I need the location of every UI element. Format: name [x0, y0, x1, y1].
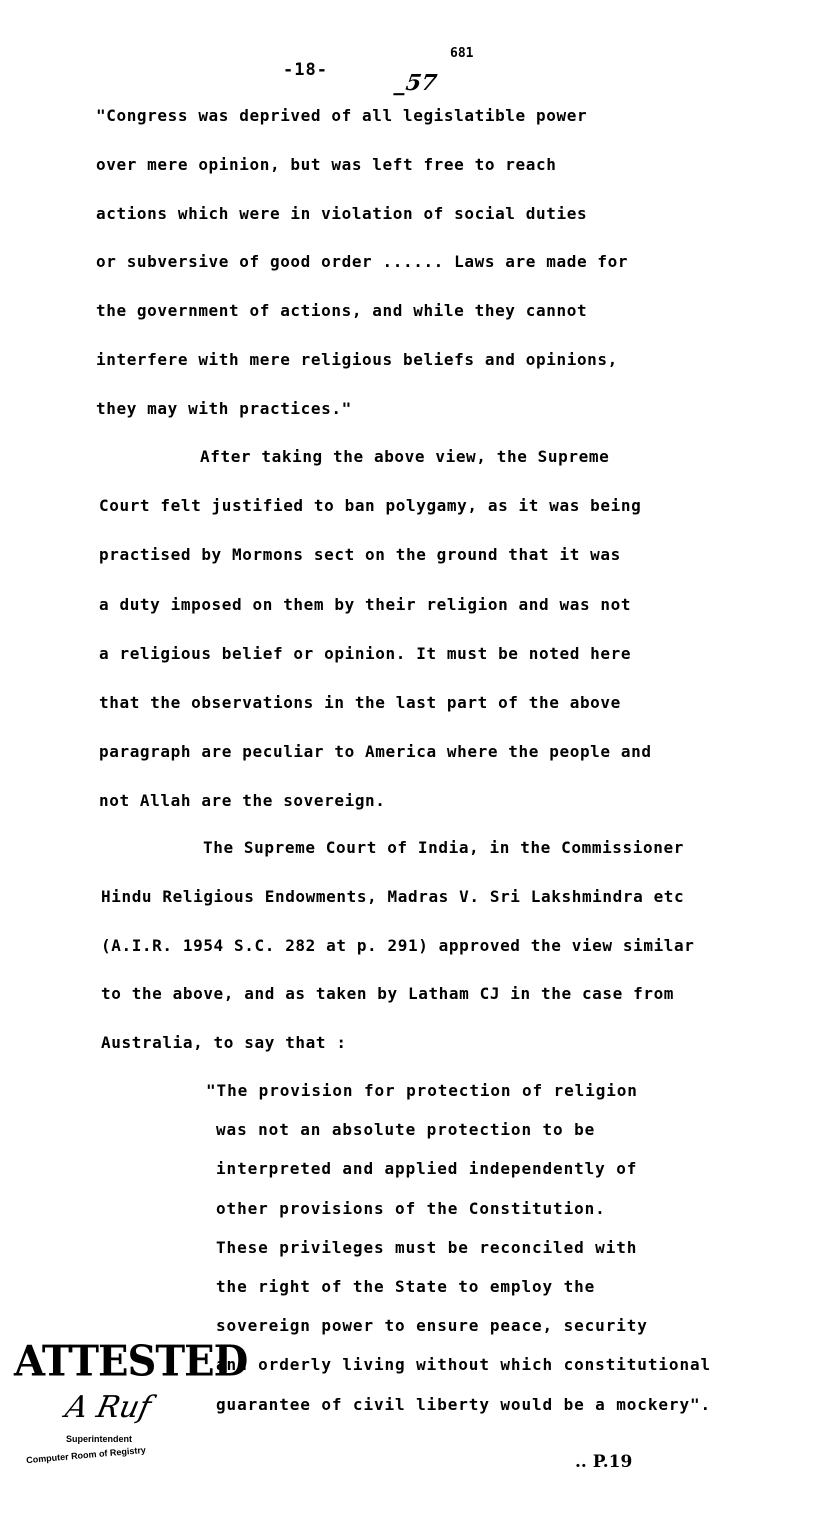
stamp-designation: Superintendent — [66, 1434, 132, 1444]
attested-stamp: ATTESTED — [14, 1337, 247, 1386]
handwritten-number: _57 — [393, 70, 438, 96]
text-line: and orderly living without which constit… — [216, 1355, 711, 1374]
text-line: sovereign power to ensure peace, securit… — [216, 1316, 648, 1335]
text-line: interfere with mere religious beliefs an… — [96, 350, 618, 369]
text-line: Australia, to say that : — [101, 1033, 347, 1052]
text-line: "The provision for protection of religio… — [206, 1081, 638, 1100]
text-line: paragraph are peculiar to America where … — [99, 742, 652, 761]
text-line: they may with practices." — [96, 399, 352, 418]
text-line: the government of actions, and while the… — [96, 301, 587, 320]
text-line: a duty imposed on them by their religion… — [99, 595, 631, 614]
text-line: guarantee of civil liberty would be a mo… — [216, 1395, 711, 1414]
text-line: After taking the above view, the Supreme — [200, 447, 609, 466]
text-line: not Allah are the sovereign. — [99, 791, 386, 810]
stamp-number: 681 — [450, 46, 473, 61]
text-line: actions which were in violation of socia… — [96, 204, 587, 223]
text-line: was not an absolute protection to be — [216, 1120, 595, 1139]
text-line: that the observations in the last part o… — [99, 693, 621, 712]
text-line: to the above, and as taken by Latham CJ … — [101, 984, 674, 1003]
text-line: a religious belief or opinion. It must b… — [99, 644, 631, 663]
text-line: the right of the State to employ the — [216, 1277, 595, 1296]
text-line: "Congress was deprived of all legislatib… — [96, 106, 587, 125]
text-line: These privileges must be reconciled with — [216, 1238, 637, 1257]
text-line: (A.I.R. 1954 S.C. 282 at p. 291) approve… — [101, 936, 695, 955]
stamp-office: Computer Room of Registry — [26, 1445, 146, 1465]
text-line: over mere opinion, but was left free to … — [96, 155, 556, 174]
continuation-marker: .. P.19 — [575, 1452, 632, 1472]
text-line: The Supreme Court of India, in the Commi… — [203, 838, 684, 857]
text-line: or subversive of good order ...... Laws … — [96, 252, 628, 271]
text-line: other provisions of the Constitution. — [216, 1199, 606, 1218]
signature: A Ruf — [62, 1390, 154, 1425]
text-line: interpreted and applied independently of — [216, 1159, 637, 1178]
text-line: practised by Mormons sect on the ground … — [99, 545, 621, 564]
text-line: Court felt justified to ban polygamy, as… — [99, 496, 641, 515]
page-number: -18- — [283, 60, 328, 80]
text-line: Hindu Religious Endowments, Madras V. Sr… — [101, 887, 684, 906]
